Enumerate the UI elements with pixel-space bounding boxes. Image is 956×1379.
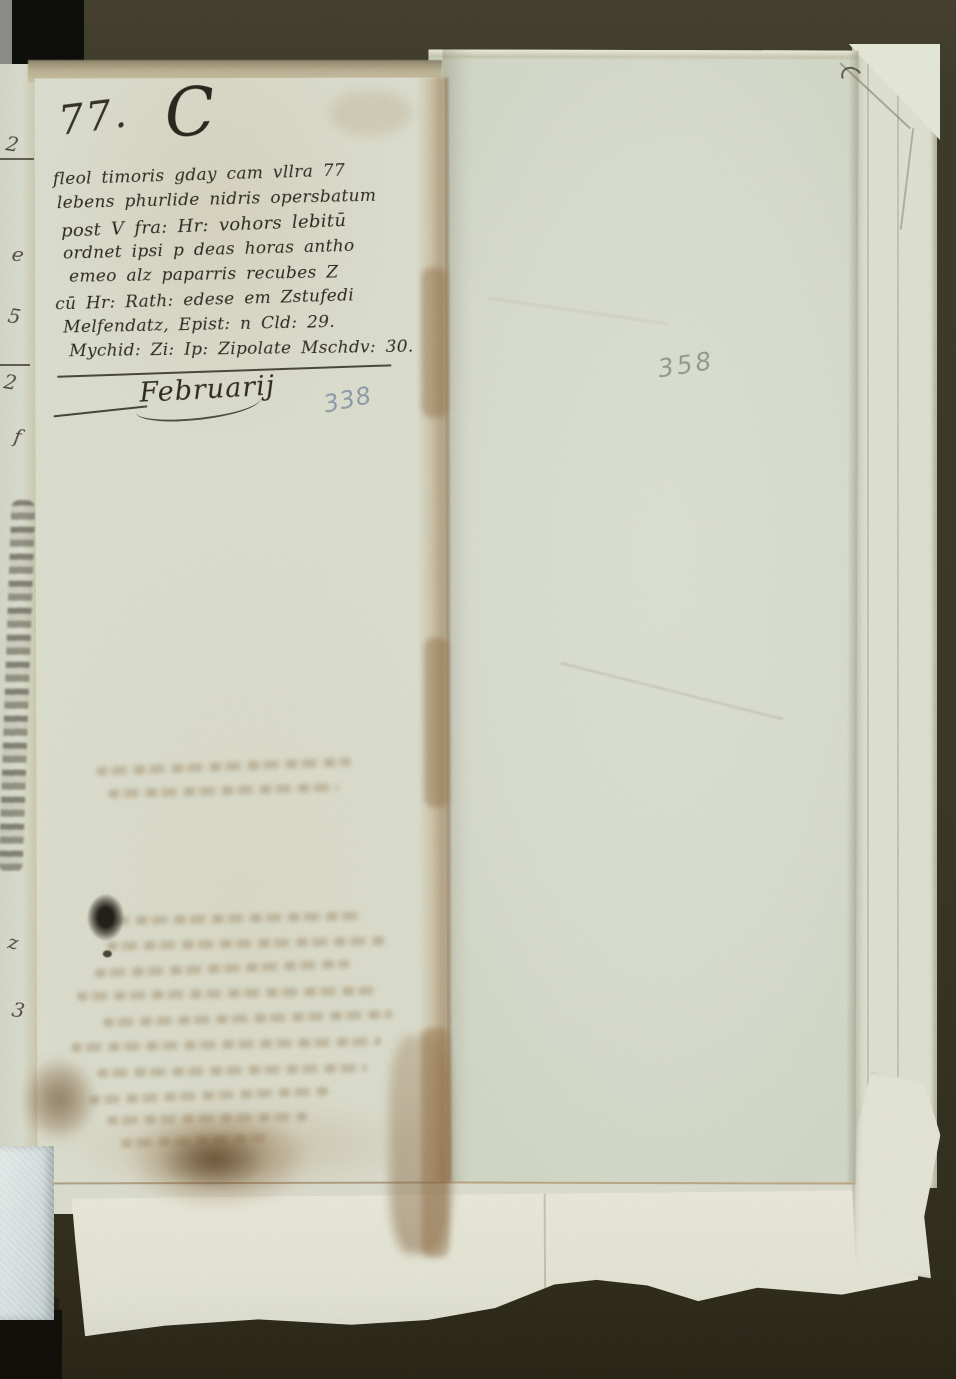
deckle-stain — [421, 1027, 450, 1257]
faded-smudge — [330, 90, 412, 136]
marginal-fragment: f — [12, 424, 23, 449]
handwriting-line: Mychid: Zi: Ip: Zipolate Mschdv: 30. — [69, 335, 411, 364]
handwritten-entry: fleol timoris gday cam vllra 77 lebens p… — [51, 162, 412, 363]
deckle-stain — [424, 637, 448, 807]
manuscript-photo: 2 e 5 2 f z 3 358 77. C fleo — [0, 0, 956, 1379]
cutoff-script-column — [0, 500, 35, 873]
marginal-stroke — [0, 364, 30, 366]
ink-dot — [103, 950, 112, 957]
marginal-fragment: 2 — [2, 369, 18, 395]
under-pages-right-edge — [852, 46, 937, 1188]
page-top-ridge — [428, 49, 858, 60]
paper-crease — [489, 297, 667, 324]
page-edge-line — [867, 46, 869, 1188]
paper-crease — [560, 662, 784, 720]
folio-number-pencil: 358 — [656, 346, 717, 383]
page-edge-line — [897, 46, 899, 1188]
marginal-fragment: 2 — [4, 131, 20, 157]
stain — [159, 1130, 267, 1190]
deckle-edge — [417, 77, 452, 1181]
marginal-fragment: z — [6, 929, 20, 954]
fold-crease — [544, 1192, 547, 1337]
marginal-fragment: e — [10, 241, 25, 267]
entry-number: 77. — [56, 90, 131, 144]
marginal-fragment: 3 — [10, 997, 26, 1023]
left-page: 77. C fleol timoris gday cam vllra 77 le… — [35, 77, 448, 1184]
heading-initial: C — [162, 72, 218, 152]
binding-cloth — [0, 1146, 54, 1320]
deckle-stain — [421, 267, 447, 417]
under-page-torn — [72, 1190, 919, 1339]
right-page: 358 — [426, 49, 859, 1184]
marginal-stroke — [0, 158, 34, 160]
cover-corner — [0, 1310, 62, 1379]
marginal-fragment: 5 — [6, 303, 22, 329]
